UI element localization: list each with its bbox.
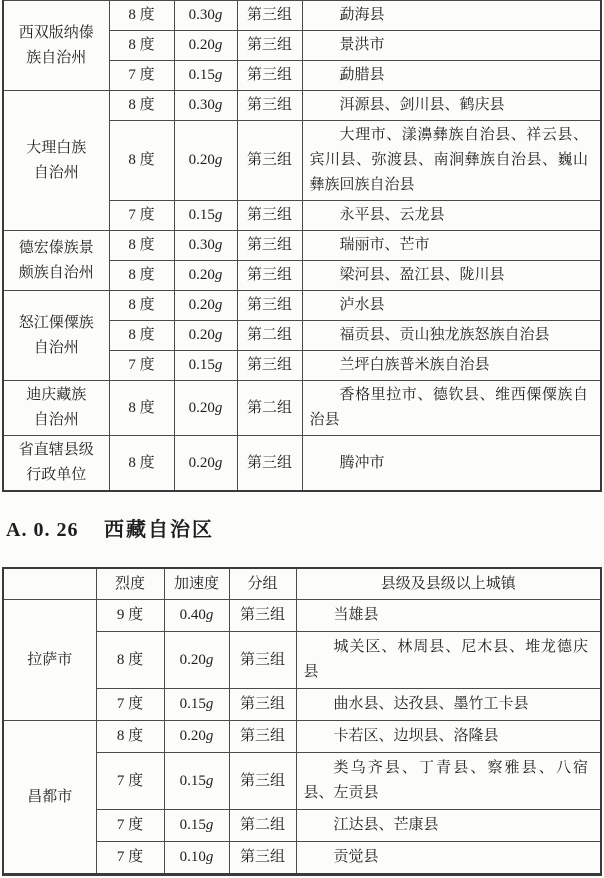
table-row: 大理白族 自治州8 度0.30g第三组洱源县、剑川县、鹤庆县: [3, 91, 601, 121]
acceleration-cell: 0.20g: [174, 321, 237, 351]
table-row: 怒江傈僳族 自治州8 度0.20g第三组泸水县: [3, 291, 601, 321]
acceleration-cell: 0.20g: [164, 632, 229, 689]
towns-cell: 江达县、芒康县: [296, 810, 601, 842]
acceleration-cell: 0.20g: [174, 291, 237, 321]
header-acceleration-cell: 加速度: [164, 568, 229, 600]
intensity-cell: 8 度: [109, 381, 174, 436]
group-cell: 第三组: [229, 632, 296, 689]
intensity-cell: 7 度: [96, 842, 164, 875]
group-cell: 第二组: [237, 381, 302, 436]
document-page: 西双版纳傣 族自治州8 度0.30g第三组勐海县8 度0.20g第三组景洪市7 …: [0, 0, 604, 878]
intensity-cell: 8 度: [109, 291, 174, 321]
region-cell: 德宏傣族景 颇族自治州: [3, 231, 109, 291]
table-row: 西双版纳傣 族自治州8 度0.30g第三组勐海县: [3, 1, 601, 31]
towns-cell: 梁河县、盈江县、陇川县: [302, 261, 601, 291]
towns-cell: 永平县、云龙县: [302, 201, 601, 231]
acceleration-cell: 0.15g: [174, 351, 237, 381]
yunnan-seismic-table-continued: 西双版纳傣 族自治州8 度0.30g第三组勐海县8 度0.20g第三组景洪市7 …: [2, 0, 602, 492]
acceleration-cell: 0.15g: [164, 810, 229, 842]
intensity-cell: 8 度: [109, 261, 174, 291]
table-row: 拉萨市9 度0.40g第三组当雄县: [3, 600, 601, 632]
towns-cell: 城关区、林周县、尼木县、堆龙德庆县: [296, 632, 601, 689]
table-row: 迪庆藏族 自治州8 度0.20g第二组香格里拉市、德钦县、维西傈僳族自治县: [3, 381, 601, 436]
table-row: 德宏傣族景 颇族自治州8 度0.30g第三组瑞丽市、芒市: [3, 231, 601, 261]
header-towns-cell: 县级及县级以上城镇: [296, 568, 601, 600]
acceleration-cell: 0.20g: [174, 261, 237, 291]
intensity-cell: 7 度: [109, 201, 174, 231]
header-row: 烈度 加速度 分组 县级及县级以上城镇: [3, 568, 601, 600]
towns-cell: 福贡县、贡山独龙族怒族自治县: [302, 321, 601, 351]
section-heading: A. 0. 26 西藏自治区: [6, 517, 604, 543]
acceleration-cell: 0.15g: [174, 201, 237, 231]
group-cell: 第二组: [237, 321, 302, 351]
acceleration-cell: 0.20g: [174, 436, 237, 492]
intensity-cell: 8 度: [109, 31, 174, 61]
region-cell: 大理白族 自治州: [3, 91, 109, 231]
towns-cell: 曲水县、达孜县、墨竹工卡县: [296, 689, 601, 721]
towns-cell: 兰坪白族普米族自治县: [302, 351, 601, 381]
towns-cell: 贡觉县: [296, 842, 601, 875]
header-region-cell: [3, 568, 96, 600]
intensity-cell: 7 度: [109, 351, 174, 381]
region-cell: 西双版纳傣 族自治州: [3, 1, 109, 91]
acceleration-cell: 0.20g: [174, 31, 237, 61]
tibet-seismic-table: 烈度 加速度 分组 县级及县级以上城镇 拉萨市9 度0.40g第三组当雄县8 度…: [2, 567, 602, 876]
section-number: A. 0. 26: [6, 519, 78, 541]
region-cell: 昌都市: [3, 721, 96, 875]
intensity-cell: 8 度: [109, 231, 174, 261]
group-cell: 第三组: [237, 1, 302, 31]
header-group-cell: 分组: [229, 568, 296, 600]
acceleration-cell: 0.20g: [164, 721, 229, 753]
intensity-cell: 7 度: [96, 753, 164, 810]
intensity-cell: 8 度: [109, 91, 174, 121]
acceleration-cell: 0.15g: [164, 753, 229, 810]
acceleration-cell: 0.15g: [164, 689, 229, 721]
acceleration-cell: 0.20g: [174, 381, 237, 436]
acceleration-cell: 0.30g: [174, 91, 237, 121]
intensity-cell: 7 度: [96, 689, 164, 721]
group-cell: 第三组: [237, 261, 302, 291]
towns-cell: 泸水县: [302, 291, 601, 321]
group-cell: 第三组: [237, 61, 302, 91]
group-cell: 第三组: [237, 291, 302, 321]
region-cell: 拉萨市: [3, 600, 96, 721]
towns-cell: 当雄县: [296, 600, 601, 632]
towns-cell: 香格里拉市、德钦县、维西傈僳族自治县: [302, 381, 601, 436]
group-cell: 第三组: [237, 91, 302, 121]
towns-cell: 大理市、漾濞彝族自治县、祥云县、宾川县、弥渡县、南涧彝族自治县、巍山彝族回族自治…: [302, 121, 601, 201]
header-intensity-cell: 烈度: [96, 568, 164, 600]
group-cell: 第三组: [237, 121, 302, 201]
towns-cell: 景洪市: [302, 31, 601, 61]
acceleration-cell: 0.15g: [174, 61, 237, 91]
acceleration-cell: 0.30g: [174, 1, 237, 31]
intensity-cell: 8 度: [109, 321, 174, 351]
intensity-cell: 8 度: [109, 121, 174, 201]
acceleration-cell: 0.30g: [174, 231, 237, 261]
intensity-cell: 7 度: [96, 810, 164, 842]
table-row: 省直辖县级 行政单位8 度0.20g第三组腾冲市: [3, 436, 601, 492]
towns-cell: 卡若区、边坝县、洛隆县: [296, 721, 601, 753]
intensity-cell: 7 度: [109, 61, 174, 91]
group-cell: 第三组: [237, 31, 302, 61]
group-cell: 第三组: [237, 351, 302, 381]
towns-cell: 勐腊县: [302, 61, 601, 91]
table-row: 昌都市8 度0.20g第三组卡若区、边坝县、洛隆县: [3, 721, 601, 753]
intensity-cell: 8 度: [96, 632, 164, 689]
section-title: 西藏自治区: [104, 519, 214, 541]
acceleration-cell: 0.10g: [164, 842, 229, 875]
group-cell: 第三组: [229, 600, 296, 632]
towns-cell: 洱源县、剑川县、鹤庆县: [302, 91, 601, 121]
group-cell: 第三组: [237, 436, 302, 492]
group-cell: 第三组: [229, 842, 296, 875]
towns-cell: 瑞丽市、芒市: [302, 231, 601, 261]
intensity-cell: 8 度: [109, 1, 174, 31]
towns-cell: 类乌齐县、丁青县、察雅县、八宿县、左贡县: [296, 753, 601, 810]
towns-cell: 勐海县: [302, 1, 601, 31]
group-cell: 第三组: [229, 721, 296, 753]
towns-cell: 腾冲市: [302, 436, 601, 492]
group-cell: 第三组: [237, 231, 302, 261]
group-cell: 第二组: [229, 810, 296, 842]
group-cell: 第三组: [237, 201, 302, 231]
region-cell: 怒江傈僳族 自治州: [3, 291, 109, 381]
group-cell: 第三组: [229, 689, 296, 721]
intensity-cell: 8 度: [109, 436, 174, 492]
region-cell: 迪庆藏族 自治州: [3, 381, 109, 436]
intensity-cell: 8 度: [96, 721, 164, 753]
acceleration-cell: 0.40g: [164, 600, 229, 632]
intensity-cell: 9 度: [96, 600, 164, 632]
group-cell: 第三组: [229, 753, 296, 810]
acceleration-cell: 0.20g: [174, 121, 237, 201]
region-cell: 省直辖县级 行政单位: [3, 436, 109, 492]
